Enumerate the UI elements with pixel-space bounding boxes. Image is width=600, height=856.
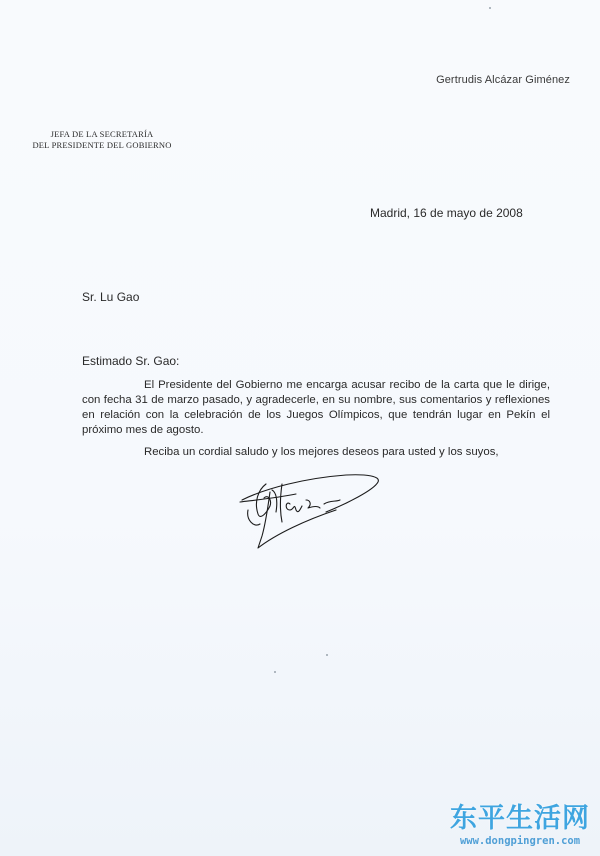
department-heading: JEFA DE LA SECRETARÍA DEL PRESIDENTE DEL… (22, 129, 182, 151)
body-paragraph: El Presidente del Gobierno me encarga ac… (82, 378, 550, 438)
letter-date: Madrid, 16 de mayo de 2008 (370, 206, 523, 220)
department-line-2: DEL PRESIDENTE DEL GOBIERNO (22, 140, 182, 151)
watermark-url: www.dongpingren.com (444, 834, 596, 848)
watermark-title: 东平生活网 (444, 804, 596, 834)
department-line-1: JEFA DE LA SECRETARÍA (22, 129, 182, 140)
salutation: Estimado Sr. Gao: (82, 354, 179, 368)
scan-speck (274, 671, 276, 673)
signature-icon (236, 470, 386, 554)
closing-line: Reciba un cordial saludo y los mejores d… (144, 446, 499, 458)
scan-speck (489, 7, 491, 9)
letter-page: Gertrudis Alcázar Giménez JEFA DE LA SEC… (0, 0, 600, 856)
recipient-name: Sr. Lu Gao (82, 290, 139, 304)
site-watermark: 东平生活网 www.dongpingren.com (444, 804, 596, 848)
scan-speck (326, 654, 328, 656)
author-name: Gertrudis Alcázar Giménez (436, 74, 570, 86)
